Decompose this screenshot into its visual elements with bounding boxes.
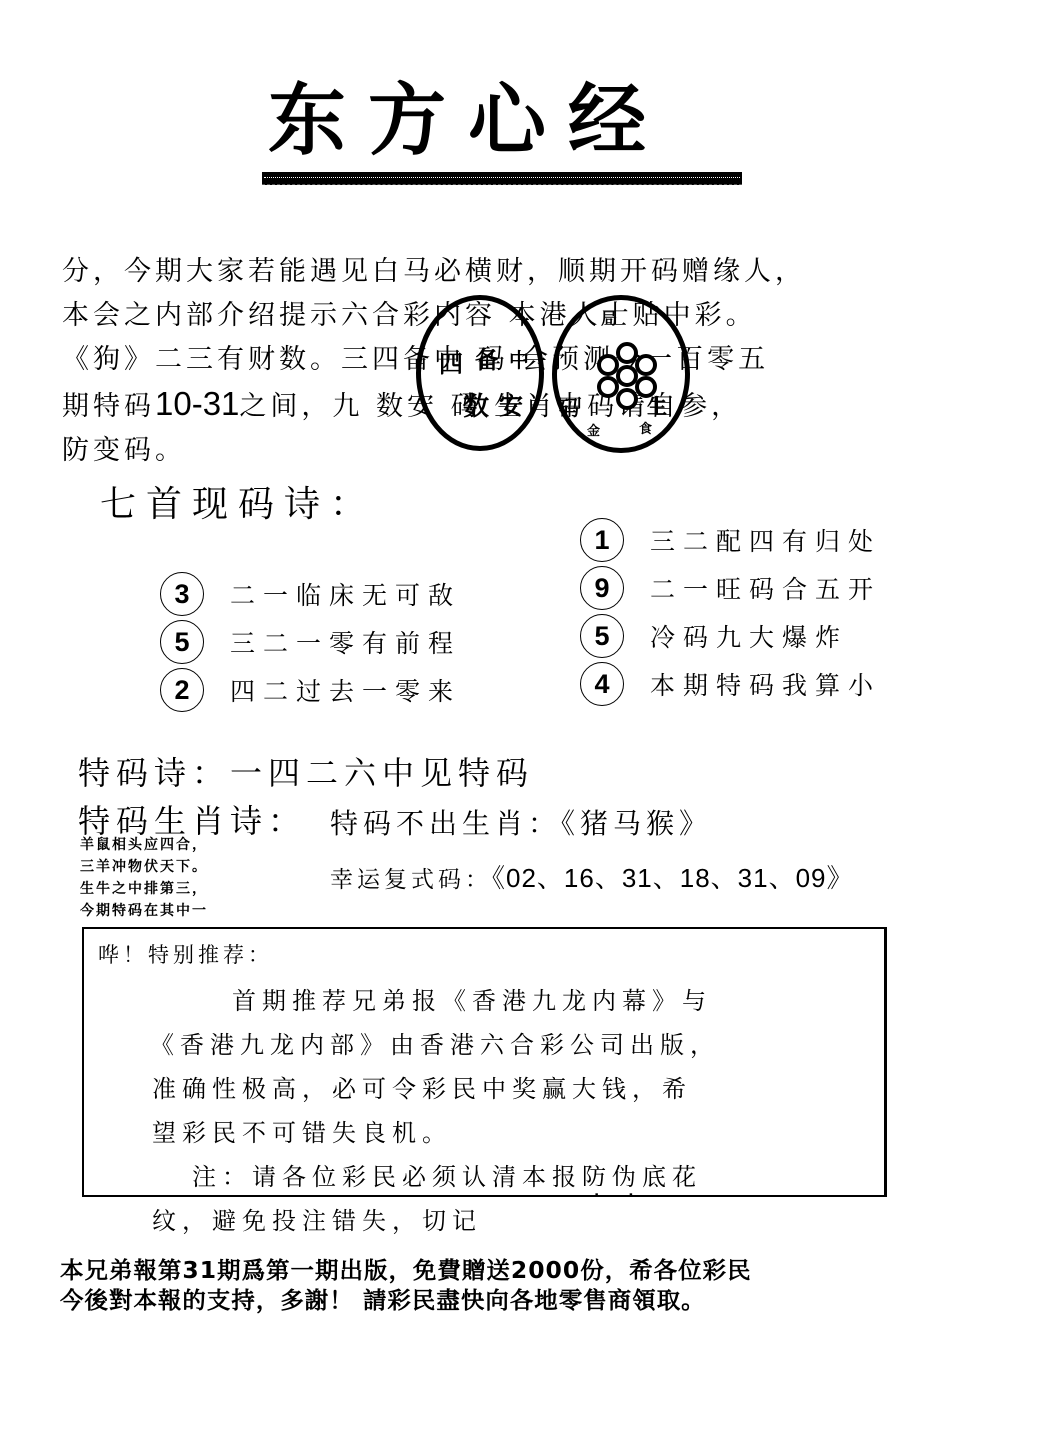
recommendation-line: 《香港九龙内部》由香港六合彩公司出版， [150, 1023, 872, 1067]
intro-line-1: 分，今期大家若能遇见白马必横财，顺期开码赠缘人， [62, 250, 1022, 294]
poem-item: 3 二一临床无可敌 [160, 570, 461, 618]
stamp-char: 局 [601, 306, 617, 329]
poem-item: 5 三二一零有前程 [160, 618, 461, 666]
circled-number: 5 [580, 614, 624, 658]
excluded-zodiac: 特码不出生肖：《猪马猴》 [330, 802, 712, 842]
recommendation-line: 纹，避免投注错失，切记 [152, 1199, 872, 1243]
special-code-poem: 特码诗：一四二六中见特码 [78, 748, 534, 794]
title-underline-bar [262, 172, 742, 185]
recommendation-body: 首期推荐兄弟报《香港九龙内幕》与 《香港九龙内部》由香港六合彩公司出版， 准确性… [152, 979, 872, 1243]
circled-number: 5 [160, 620, 204, 664]
box-gap-dots: . . [594, 1184, 646, 1200]
poem-text: 三二一零有前程 [230, 624, 461, 660]
recommendation-line: 首期推荐兄弟报《香港九龙内幕》与 [152, 979, 872, 1023]
stamp-char: 数 [463, 386, 489, 423]
intro-line-2: 本会之内部介绍提示六合彩内容 本港人士贴中彩。 [62, 294, 1022, 338]
seal-stamp-left: 四 备 中 数 安 [416, 295, 544, 451]
recommendation-heading: 哗！特别推荐： [98, 939, 273, 969]
poem-item: 2 四二过去一零来 [160, 666, 461, 714]
footer-notice: 本兄弟報第31期爲第一期出版，免費贈送2000份，希各位彩民 今後對本報的支持，… [60, 1256, 752, 1316]
zodiac-verse: 羊鼠相头应四合， 三羊冲物伏天下。 生牛之中排第三， 今期特码在其中一 [80, 834, 208, 922]
circled-number: 1 [580, 518, 624, 562]
poem-item: 5 冷码九大爆炸 [580, 612, 881, 660]
intro-line-5: 防变码。 [62, 429, 1022, 473]
circled-number: 3 [160, 572, 204, 616]
range-value: 10-31 [155, 385, 239, 422]
flower-emblem-icon [603, 350, 643, 390]
stamp-char: 码 [559, 392, 579, 421]
recommendation-box: 哗！特别推荐： 首期推荐兄弟报《香港九龙内幕》与 《香港九龙内部》由香港六合彩公… [82, 927, 887, 1197]
poem-column-left: 3 二一临床无可敌 5 三二一零有前程 2 四二过去一零来 [160, 570, 461, 714]
stamp-char: 四 [439, 344, 463, 379]
lucky-numbers-label: 幸运复式码： [330, 867, 492, 893]
zodiac-verse-line: 三羊冲物伏天下。 [80, 856, 208, 878]
poem-text: 二一旺码合五开 [650, 570, 881, 606]
footer-line: 今後對本報的支持，多謝！ 請彩民盡快向各地零售商領取。 [60, 1286, 752, 1316]
circled-number: 2 [160, 668, 204, 712]
poem-text: 冷码九大爆炸 [650, 618, 848, 654]
zodiac-verse-line: 今期特码在其中一 [80, 900, 208, 922]
lucky-numbers-value: 《02、16、31、18、31、09》 [492, 863, 854, 893]
stamp-char: 食 [639, 418, 652, 437]
zodiac-verse-line: 羊鼠相头应四合， [80, 834, 208, 856]
stamp-char: 中 [509, 344, 529, 373]
zodiac-verse-line: 生牛之中排第三， [80, 878, 208, 900]
seven-poems-title: 七首现码诗： [100, 476, 376, 527]
footer-line: 本兄弟報第31期爲第一期出版，免費贈送2000份，希各位彩民 [60, 1256, 752, 1286]
poem-text: 二一临床无可敌 [230, 576, 461, 612]
recommendation-line: 望彩民不可错失良机。 [152, 1111, 872, 1155]
circled-number: 9 [580, 566, 624, 610]
poem-item: 9 二一旺码合五开 [580, 564, 881, 612]
poem-text: 本期特码我算小 [650, 666, 881, 702]
poem-text: 四二过去一零来 [230, 672, 461, 708]
intro-line-4-prefix: 期特码 [62, 391, 155, 422]
recommendation-line: 准确性极高，必可令彩民中奖赢大钱，希 [152, 1067, 872, 1111]
poem-column-right: 1 三二配四有归处 9 二一旺码合五开 5 冷码九大爆炸 4 本期特码我算小 [580, 516, 881, 708]
poem-item: 4 本期特码我算小 [580, 660, 881, 708]
page-title: 东方心经 [268, 76, 668, 166]
stamp-char: 金 [587, 420, 600, 439]
stamp-char: 安 [499, 386, 523, 421]
recommendation-line: 注：请各位彩民必须认清本报防伪底花 [152, 1155, 872, 1199]
lucky-numbers-line: 幸运复式码：《02、16、31、18、31、09》 [330, 858, 854, 895]
poem-item: 1 三二配四有归处 [580, 516, 881, 564]
seal-stamp-right: 局 码 生 金 食 [552, 295, 690, 453]
stamp-char: 备 [475, 340, 499, 375]
poem-text: 三二配四有归处 [650, 522, 881, 558]
circled-number: 4 [580, 662, 624, 706]
